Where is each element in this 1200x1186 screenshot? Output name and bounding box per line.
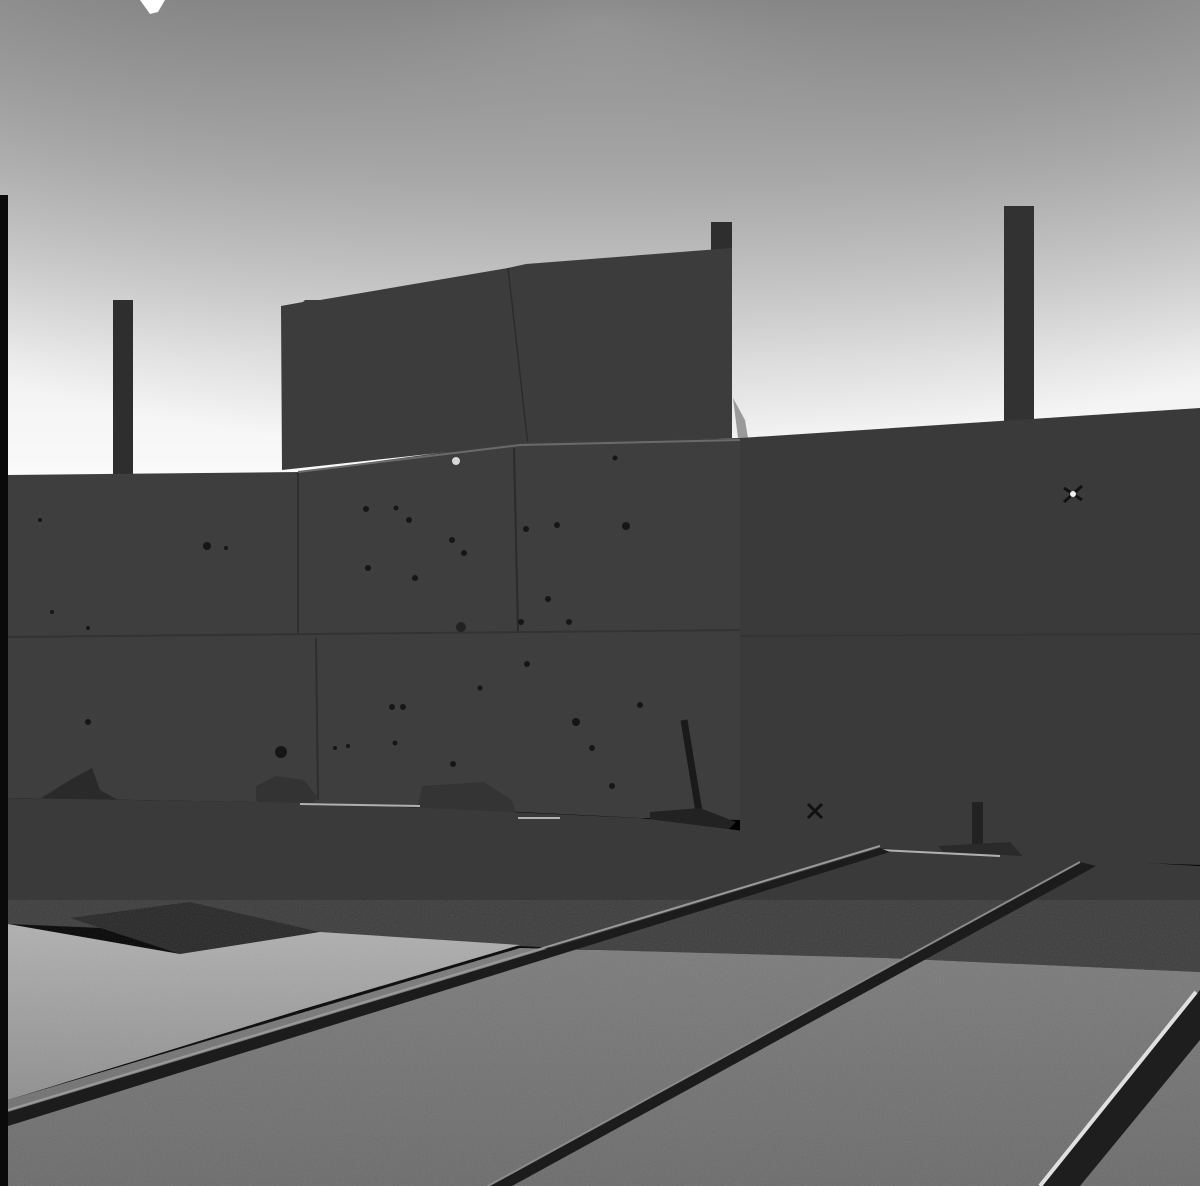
metal-stub — [972, 802, 983, 848]
post-center — [711, 222, 732, 252]
photograph: Black-and-white photograph of a walled c… — [0, 0, 1200, 1186]
post-right — [1004, 206, 1034, 421]
post-left — [113, 300, 133, 475]
film-edge-left — [0, 195, 8, 1186]
left-wall — [8, 438, 740, 820]
right-wall — [740, 408, 1200, 865]
